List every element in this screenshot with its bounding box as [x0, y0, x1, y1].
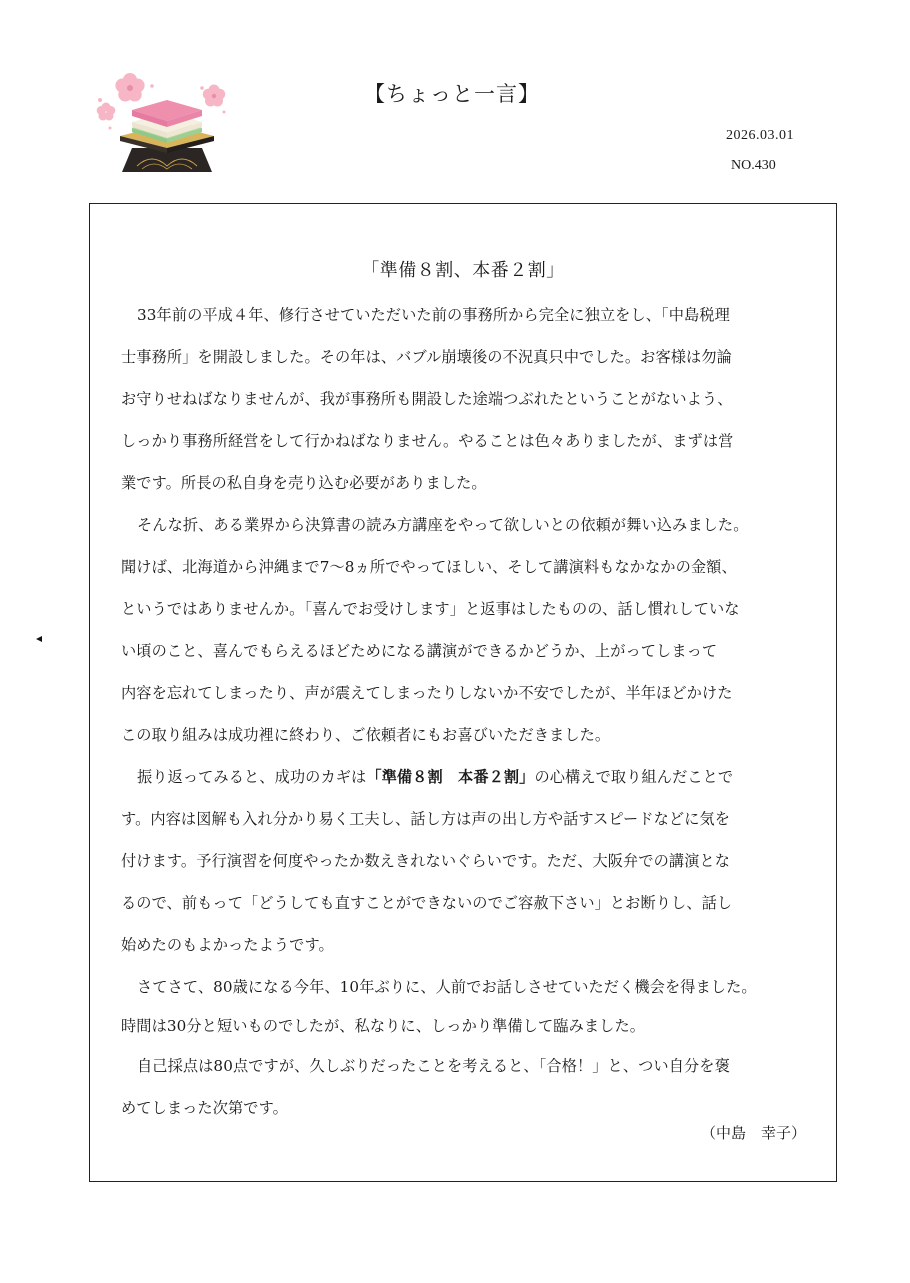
paragraph-1-line: お守りせねばなりませんが、我が事務所も開設した途端つぶれたということがないよう、 [121, 378, 821, 420]
key-phrase-bold: 「準備８割 本番２割」 [366, 768, 534, 786]
newsletter-title: 【ちょっと一言】 [364, 78, 540, 108]
issue-number: NO.430 [731, 158, 776, 174]
paragraph-3-text: の心構えで取り組んだことで [534, 768, 733, 786]
paragraph-1-line: しっかり事務所経営をして行かねばなりません。やることは色々ありましたが、まずは営 [121, 420, 821, 462]
paragraph-2-line: この取り組みは成功裡に終わり、ご依頼者にもお喜びいただきました。 [121, 714, 821, 756]
paragraph-4-line: 時間は30分と短いものでしたが、私なりに、しっかり準備して臨みました。 [121, 1008, 821, 1045]
paragraph-3-first-line: 振り返ってみると、成功のカギは「準備８割 本番２割」の心構えで取り組んだことで [121, 756, 821, 798]
paragraph-5-line: 自己採点は80点ですが、久しぶりだったことを考えると、「合格！」と、つい自分を褒 [121, 1045, 821, 1087]
paragraph-3-line: 付けます。予行演習を何度やったか数えきれないぐらいです。ただ、大阪弁での講演とな [121, 840, 821, 882]
paragraph-1-line: 業です。所長の私自身を売り込む必要がありました。 [121, 462, 821, 504]
paragraph-2-line: というではありませんか。「喜んでお受けします」と返事はしたものの、話し慣れしてい… [121, 588, 821, 630]
article-box: 「準備８割、本番２割」 33年前の平成４年、修行させていただいた前の事務所から完… [89, 203, 837, 1182]
paragraph-2-line: い頃のこと、喜んでもらえるほどためになる講演ができるかどうか、上がってしまって [121, 630, 821, 672]
hishimochi-with-cherry-blossoms-icon [92, 66, 242, 178]
paragraph-2-line: 聞けば、北海道から沖縄まで7〜8ヵ所でやってほしい、そして講演料もなかなかの金額… [121, 546, 821, 588]
paragraph-3-text: 振り返ってみると、成功のカギは [137, 768, 366, 786]
paragraph-4-line: さてさて、80歳になる今年、10年ぶりに、人前でお話しさせていただく機会を得まし… [121, 966, 821, 1008]
paragraph-2-line: 内容を忘れてしまったり、声が震えてしまったりしないか不安でしたが、半年ほどかけた [121, 672, 821, 714]
paragraph-3-line: す。内容は図解も入れ分かり易く工夫し、話し方は声の出し方や話すスピードなどに気を [121, 798, 821, 840]
margin-marker-icon [36, 636, 42, 642]
paragraph-2-line: そんな折、ある業界から決算書の読み方講座をやって欲しいとの依頼が舞い込みました。 [121, 504, 821, 546]
hishimochi-illustration [92, 66, 242, 178]
paragraph-3-line: るので、前もって「どうしても直すことができないのでご容赦下さい」とお断りし、話し [121, 882, 821, 924]
author-signature: （中島 幸子） [701, 1122, 806, 1143]
paragraph-3-line: 始めたのもよかったようです。 [121, 924, 821, 966]
paragraph-1-line: 33年前の平成４年、修行させていただいた前の事務所から完全に独立をし、「中島税理 [121, 294, 821, 336]
article-title: 「準備８割、本番２割」 [90, 256, 836, 282]
paragraph-1-line: 士事務所」を開設しました。その年は、バブル崩壊後の不況真只中でした。お客様は勿論 [121, 336, 821, 378]
issue-date: 2026.03.01 [726, 128, 794, 144]
article-body: 33年前の平成４年、修行させていただいた前の事務所から完全に独立をし、「中島税理… [121, 294, 821, 1129]
